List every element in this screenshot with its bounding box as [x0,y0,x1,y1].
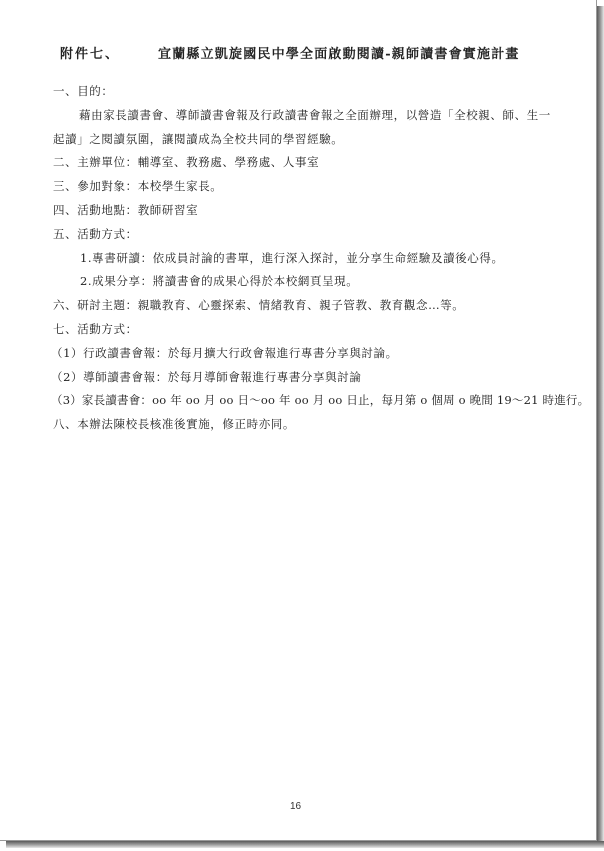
section-2-organizers: 二、主辦單位：輔導室、教務處、學務處、人事室 [53,155,319,169]
document-page: 附件七、 宜蘭縣立凱旋國民中學全面啟動閱讀-親師讀書會實施計畫 一、目的： 藉由… [0,0,597,841]
page-shadow-right [597,6,604,847]
section-7-item-2: （2）導師讀書會報：於每月導師會報進行專書分享與討論 [51,370,361,384]
section-1-paragraph-line-1: 藉由家長讀書會、導師讀書會報及行政讀書會報之全面辦理，以營造「全校親、師、生一 [79,108,551,122]
section-5-item-2: 2.成果分享：將讀書會的成果心得於本校網頁呈現。 [80,274,358,288]
section-7-item-3: （3）家長讀書會：oo 年 oo 月 oo 日～oo 年 oo 月 oo 日止，… [51,393,589,407]
page-number: 16 [290,801,301,812]
page-shadow-bottom [6,841,604,848]
section-5-heading: 五、活動方式： [53,227,138,241]
section-6-topics: 六、研討主題：親職教育、心靈探索、情緒教育、親子管教、教育觀念…等。 [53,298,464,312]
attachment-label: 附件七、 [60,43,120,62]
document-title: 宜蘭縣立凱旋國民中學全面啟動閱讀-親師讀書會實施計畫 [158,43,520,62]
section-7-heading: 七、活動方式： [53,322,138,336]
section-3-participants: 三、參加對象：本校學生家長。 [53,179,222,193]
section-1-heading: 一、目的： [53,84,114,98]
section-8-approval: 八、本辦法陳校長核准後實施，修正時亦同。 [53,417,295,431]
section-1-paragraph-line-2: 起讀」之閱讀氛圍，讓閱讀成為全校共同的學習經驗。 [53,132,343,146]
section-5-item-1: 1.專書研讀：依成員討論的書單，進行深入探討，並分享生命經驗及讀後心得。 [80,251,504,265]
section-4-location: 四、活動地點：教師研習室 [53,203,198,217]
section-7-item-1: （1）行政讀書會報：於每月擴大行政會報進行專書分享與討論。 [51,346,398,360]
